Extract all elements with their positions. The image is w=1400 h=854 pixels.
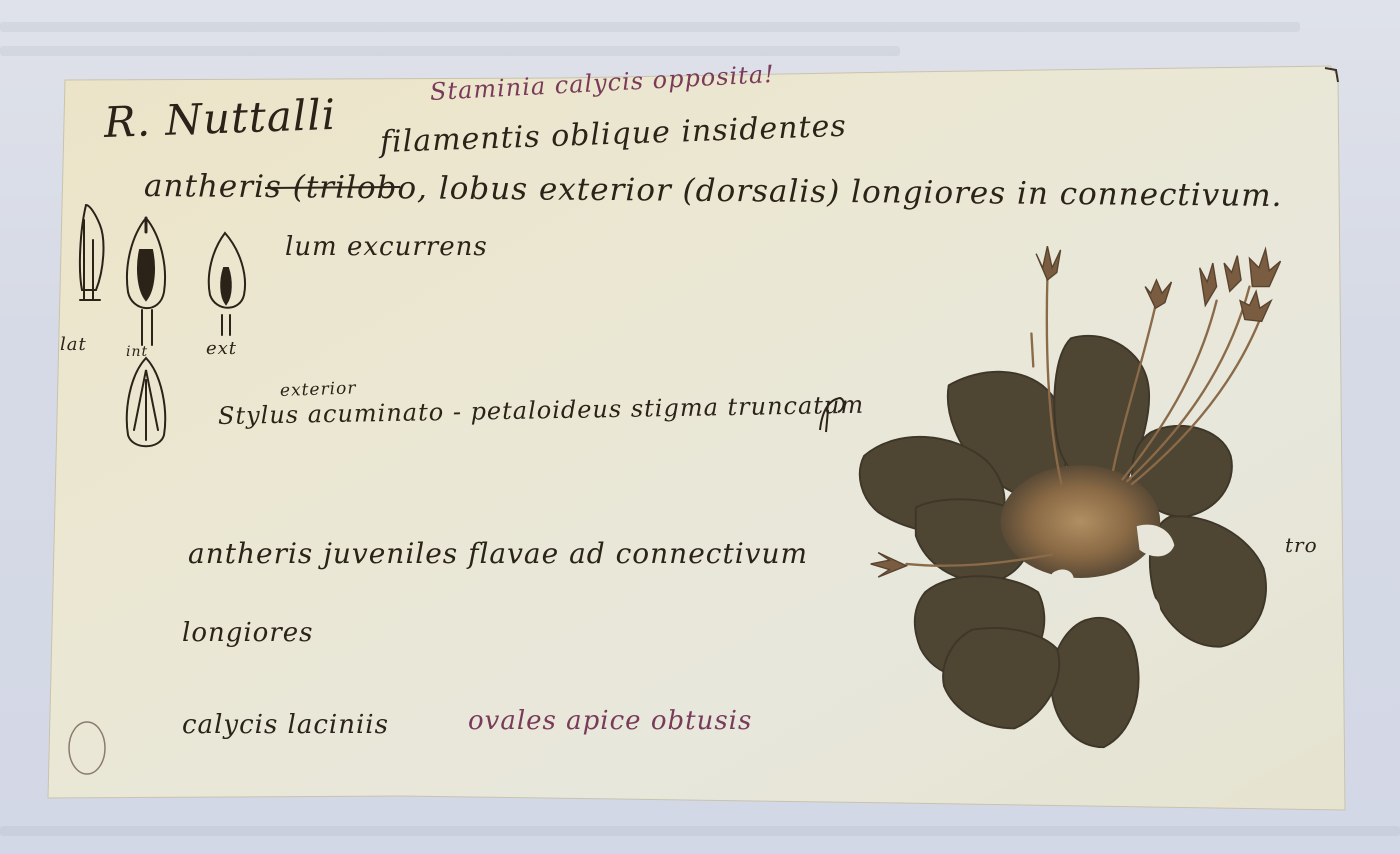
flower-head [1240, 291, 1271, 321]
flower-head [1145, 280, 1171, 308]
handwritten-line: antheris juveniles flavae ad connectivum [188, 537, 808, 570]
sketch-label-interior: int [126, 344, 148, 360]
title-handwriting: R. Nuttalli [103, 90, 337, 147]
flower-head [1224, 256, 1241, 292]
sketch-label-lateral: lat [60, 334, 87, 355]
handwritten-line: lum excurrens [285, 232, 488, 262]
handwritten-insert: exterior [280, 378, 357, 401]
leaf [1051, 618, 1138, 747]
handwritten-line: longiores [182, 618, 313, 648]
flower-head [1250, 249, 1281, 287]
flower-head [1200, 263, 1217, 305]
sketch-label-exterior: ext [206, 338, 237, 359]
handwritten-line: calycis laciniis [182, 710, 389, 740]
purple-handwritten-line: ovales apice obtusis [468, 706, 752, 736]
leaf [943, 628, 1059, 728]
pressed-plant-specimen [850, 225, 1320, 790]
flower-head [1036, 246, 1060, 280]
flower-head [871, 553, 907, 577]
